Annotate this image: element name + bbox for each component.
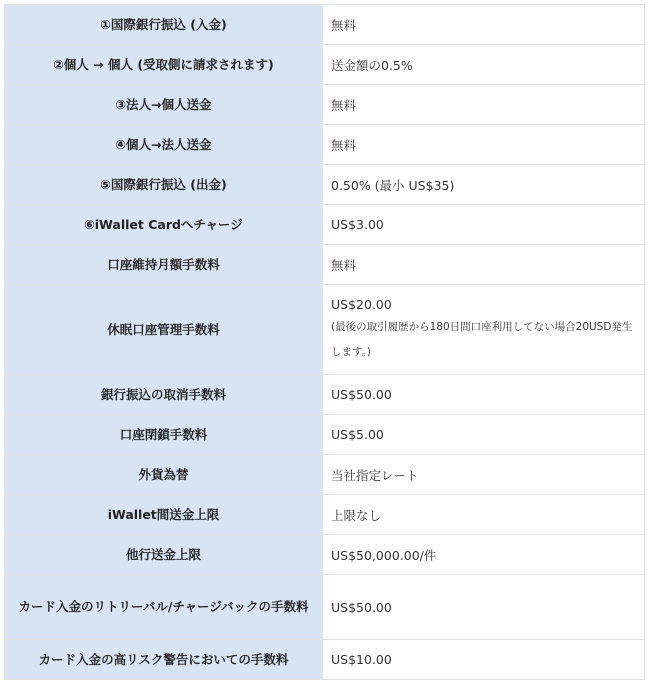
fee-label: iWallet間送金上限 [5, 495, 323, 535]
table-row: 口座維持月額手数料 無料 [5, 245, 645, 285]
fee-label: 口座閉鎖手数料 [5, 415, 323, 455]
fee-value-cell: US$20.00 (最後の取引履歴から180日間口座利用してない場合20USD発… [323, 285, 645, 375]
fee-label: ②個人 → 個人 (受取側に請求されます) [5, 45, 323, 85]
table-row: カード入金の高リスク警告においての手数料 US$10.00 [5, 640, 645, 680]
fee-value: 0.50% (最小 US$35) [323, 165, 645, 205]
table-row: ⑤国際銀行振込 (出金) 0.50% (最小 US$35) [5, 165, 645, 205]
fee-value: 上限なし [323, 495, 645, 535]
fee-label: カード入金の高リスク警告においての手数料 [5, 640, 323, 680]
fee-label: ④個人→法人送金 [5, 125, 323, 165]
fee-label: ③法人→個人送金 [5, 85, 323, 125]
table-row: 銀行振込の取消手数料 US$50.00 [5, 375, 645, 415]
fee-label: ⑥iWallet Cardへチャージ [5, 205, 323, 245]
fee-value: 無料 [323, 245, 645, 285]
fee-value: 無料 [323, 85, 645, 125]
table-row: 他行送金上限 US$50,000.00/件 [5, 535, 645, 575]
fee-value: US$20.00 [331, 295, 636, 315]
fee-label: ①国際銀行振込 (入金) [5, 5, 323, 45]
fee-value: US$10.00 [323, 640, 645, 680]
fee-value: US$50.00 [323, 375, 645, 415]
fee-label: 他行送金上限 [5, 535, 323, 575]
fee-label: 外貨為替 [5, 455, 323, 495]
table-row: ②個人 → 個人 (受取側に請求されます) 送金額の0.5% [5, 45, 645, 85]
table-row: ③法人→個人送金 無料 [5, 85, 645, 125]
table-row: ①国際銀行振込 (入金) 無料 [5, 5, 645, 45]
fee-value: 送金額の0.5% [323, 45, 645, 85]
fee-value: 当社指定レート [323, 455, 645, 495]
fee-label: 銀行振込の取消手数料 [5, 375, 323, 415]
fee-label: カード入金のリトリーバル/チャージバックの手数料 [5, 575, 323, 640]
fee-label: 休眠口座管理手数料 [5, 285, 323, 375]
fee-value: US$50.00 [323, 575, 645, 640]
fee-value: US$3.00 [323, 205, 645, 245]
fee-note: (最後の取引履歴から180日間口座利用してない場合20USD発生します。) [331, 315, 636, 365]
fee-value: 無料 [323, 125, 645, 165]
table-row: ⑥iWallet Cardへチャージ US$3.00 [5, 205, 645, 245]
table-row: 口座閉鎖手数料 US$5.00 [5, 415, 645, 455]
fee-table: ①国際銀行振込 (入金) 無料 ②個人 → 個人 (受取側に請求されます) 送金… [4, 4, 645, 680]
fee-label: ⑤国際銀行振込 (出金) [5, 165, 323, 205]
table-row: ④個人→法人送金 無料 [5, 125, 645, 165]
table-row: iWallet間送金上限 上限なし [5, 495, 645, 535]
fee-value: US$50,000.00/件 [323, 535, 645, 575]
table-row: 休眠口座管理手数料 US$20.00 (最後の取引履歴から180日間口座利用して… [5, 285, 645, 375]
table-row: カード入金のリトリーバル/チャージバックの手数料 US$50.00 [5, 575, 645, 640]
fee-label: 口座維持月額手数料 [5, 245, 323, 285]
table-row: 外貨為替 当社指定レート [5, 455, 645, 495]
fee-value: US$5.00 [323, 415, 645, 455]
fee-value: 無料 [323, 5, 645, 45]
